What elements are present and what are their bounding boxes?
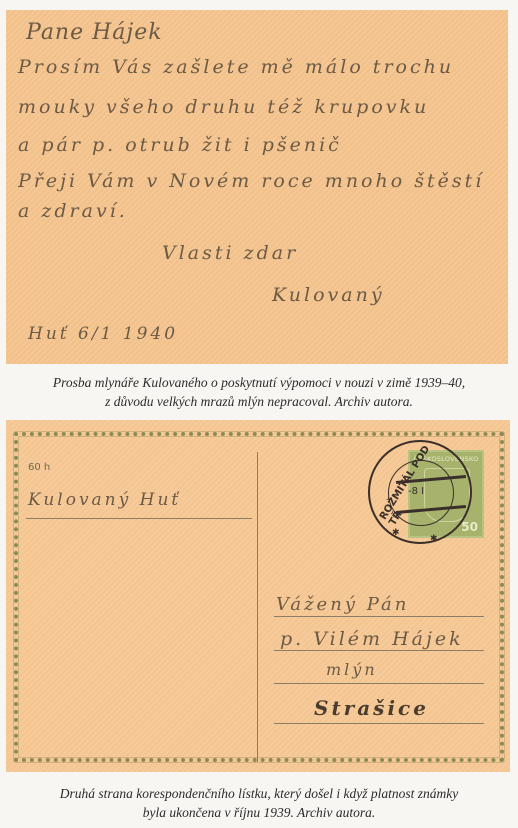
address-rule — [274, 650, 484, 651]
letter-salutation: Pane Hájek — [26, 20, 163, 45]
sender-rule — [26, 518, 252, 519]
caption-postcard: Druhá strana korespondenčního lístku, kt… — [0, 784, 518, 822]
address-rule — [274, 683, 484, 684]
stamp-value: 50 — [461, 520, 478, 534]
letter-signature: Kulovaný — [272, 284, 385, 306]
postcard: 60 h Kulovaný Huť ČESKOSLOVENSKO 50 ROŽM… — [6, 420, 510, 772]
denomination-label: 60 h — [28, 462, 50, 473]
sender-name: Kulovaný Huť — [28, 490, 181, 510]
address-line: Strašice — [314, 696, 429, 720]
address-line: Vážený Pán — [276, 594, 409, 615]
caption-line: Prosba mlynáře Kulovaného o poskytnutí v… — [0, 373, 518, 392]
star-icon: ✱ — [392, 528, 400, 538]
star-icon: ✱ — [430, 534, 438, 544]
letter-line: Přeji Vám v Novém roce mnoho štěstí — [18, 170, 484, 192]
letter-line: a zdraví. — [18, 200, 128, 222]
letter-closing: Vlasti zdar — [162, 242, 298, 264]
card-divider — [257, 452, 258, 762]
handwritten-letter: Pane Hájek Prosím Vás zašlete mě málo tr… — [6, 10, 508, 364]
letter-line: a pár p. otrub žit i pšenič — [18, 134, 342, 156]
postmark: ROŽMITÁL POD TŘ. -8 I ✱ ✱ — [368, 440, 472, 544]
postmark-date: -8 I — [408, 486, 424, 497]
caption-letter: Prosba mlynáře Kulovaného o poskytnutí v… — [0, 373, 518, 411]
letter-date: Huť 6/1 1940 — [28, 324, 178, 344]
address-rule — [274, 723, 484, 724]
letter-line: Prosím Vás zašlete mě málo trochu — [18, 56, 454, 78]
address-line: p. Vilém Hájek — [280, 628, 464, 650]
caption-line: z důvodu velkých mrazů mlýn nepracoval. … — [0, 392, 518, 411]
letter-line: mouky všeho druhu též krupovku — [18, 96, 429, 118]
caption-line: byla ukončena v říjnu 1939. Archiv autor… — [0, 803, 518, 822]
address-rule — [274, 616, 484, 617]
address-line: mlýn — [326, 660, 378, 679]
caption-line: Druhá strana korespondenčního lístku, kt… — [0, 784, 518, 803]
